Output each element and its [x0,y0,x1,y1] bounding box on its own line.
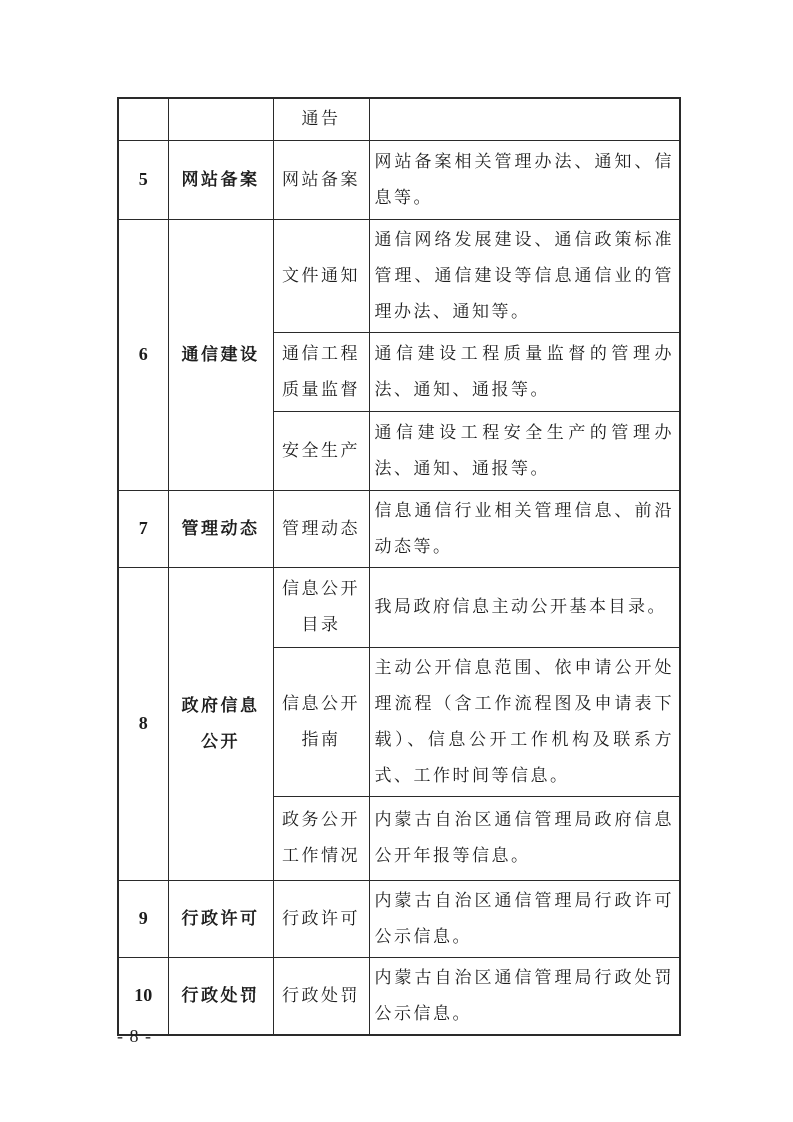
table-row: 10 行政处罚 行政处罚 内蒙古自治区通信管理局行政处罚公示信息。 [118,957,680,1035]
category-cell: 网站备案 [168,140,273,219]
table-row: 6 通信建设 文件通知 通信网络发展建设、通信政策标准管理、通信建设等信息通信业… [118,219,680,332]
catalog-table: 通告 5 网站备案 网站备案 网站备案相关管理办法、通知、信息等。 6 通信建设… [117,97,681,1036]
row-number-cell: 6 [118,219,168,490]
category-cell: 行政处罚 [168,957,273,1035]
subcategory-cell: 管理动态 [273,490,369,567]
subcategory-cell: 网站备案 [273,140,369,219]
category-cell: 政府信息公开 [168,567,273,880]
table-row: 5 网站备案 网站备案 网站备案相关管理办法、通知、信息等。 [118,140,680,219]
description-cell: 我局政府信息主动公开基本目录。 [369,567,680,647]
row-number-cell: 5 [118,140,168,219]
subcategory-cell: 通告 [273,98,369,140]
description-cell: 内蒙古自治区通信管理局行政处罚公示信息。 [369,957,680,1035]
description-cell: 通信网络发展建设、通信政策标准管理、通信建设等信息通信业的管理办法、通知等。 [369,219,680,332]
table-row: 8 政府信息公开 信息公开目录 我局政府信息主动公开基本目录。 [118,567,680,647]
document-page: 通告 5 网站备案 网站备案 网站备案相关管理办法、通知、信息等。 6 通信建设… [0,0,793,1122]
row-number-cell: 7 [118,490,168,567]
table-row-carryover: 通告 [118,98,680,140]
table-row: 9 行政许可 行政许可 内蒙古自治区通信管理局行政许可公示信息。 [118,880,680,957]
row-number-cell: 9 [118,880,168,957]
row-number-cell: 8 [118,567,168,880]
category-cell: 行政许可 [168,880,273,957]
subcategory-cell: 文件通知 [273,219,369,332]
subcategory-cell: 安全生产 [273,411,369,490]
description-cell: 主动公开信息范围、依申请公开处理流程（含工作流程图及申请表下载）、信息公开工作机… [369,647,680,796]
page-number: - 8 - [117,1026,152,1047]
description-cell: 网站备案相关管理办法、通知、信息等。 [369,140,680,219]
category-cell: 通信建设 [168,219,273,490]
subcategory-cell: 政务公开工作情况 [273,796,369,880]
row-number-cell: 10 [118,957,168,1035]
description-cell: 内蒙古自治区通信管理局政府信息公开年报等信息。 [369,796,680,880]
subcategory-cell: 通信工程质量监督 [273,332,369,411]
description-cell: 信息通信行业相关管理信息、前沿动态等。 [369,490,680,567]
subcategory-cell: 行政许可 [273,880,369,957]
row-number-cell [118,98,168,140]
description-cell: 内蒙古自治区通信管理局行政许可公示信息。 [369,880,680,957]
description-cell: 通信建设工程安全生产的管理办法、通知、通报等。 [369,411,680,490]
description-cell [369,98,680,140]
subcategory-cell: 行政处罚 [273,957,369,1035]
category-cell: 管理动态 [168,490,273,567]
table-row: 7 管理动态 管理动态 信息通信行业相关管理信息、前沿动态等。 [118,490,680,567]
subcategory-cell: 信息公开指南 [273,647,369,796]
subcategory-cell: 信息公开目录 [273,567,369,647]
category-cell [168,98,273,140]
description-cell: 通信建设工程质量监督的管理办法、通知、通报等。 [369,332,680,411]
